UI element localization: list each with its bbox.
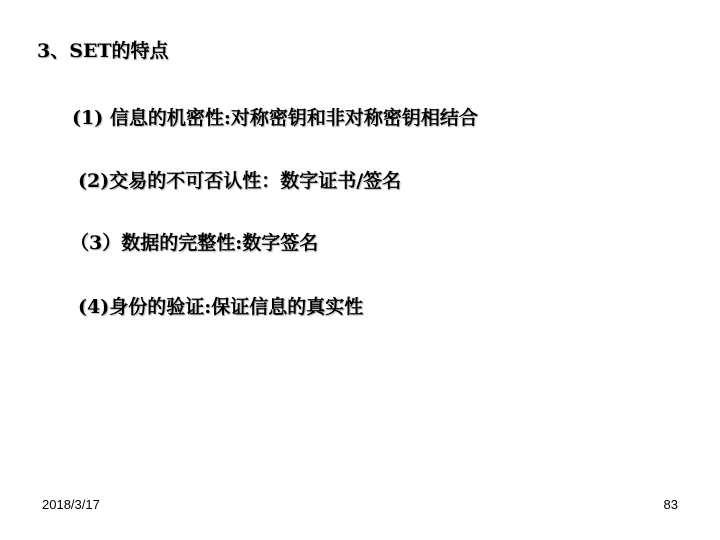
slide-title: 3、SET的特点 [37, 36, 169, 63]
feature-item-authentication: (4)身份的验证:保证信息的真实性 [78, 292, 363, 319]
feature-item-integrity: （3）数据的完整性:数字签名 [70, 228, 318, 255]
footer-date: 2018/3/17 [42, 497, 100, 512]
page-number: 83 [664, 497, 678, 512]
feature-item-non-repudiation: (2)交易的不可否认性：数字证书/签名 [78, 166, 401, 193]
feature-item-confidentiality: (1) 信息的机密性:对称密钥和非对称密钥相结合 [72, 103, 478, 130]
